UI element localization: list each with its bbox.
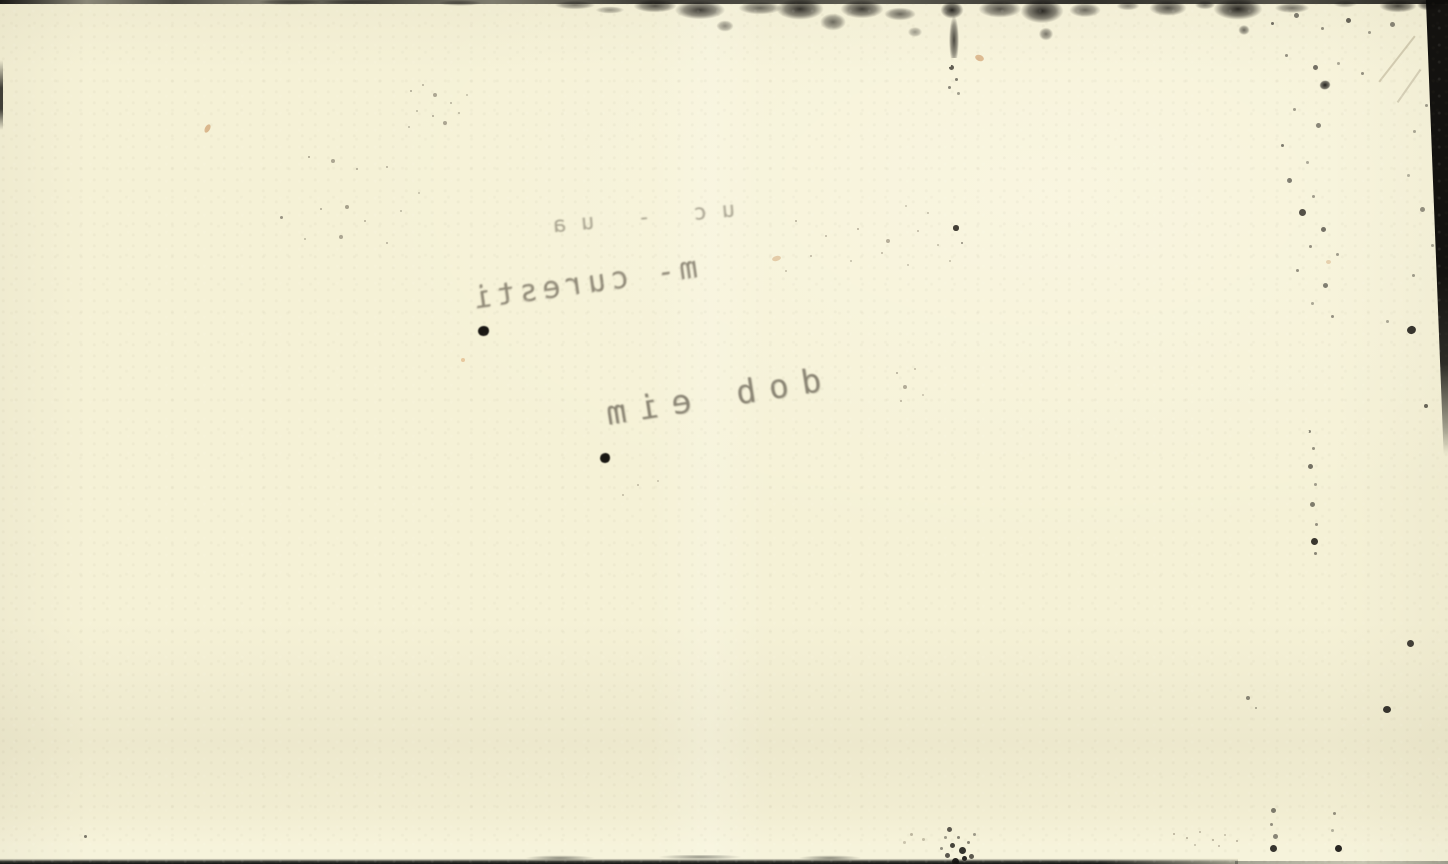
ink-transfer-fragment-lower: dob eim xyxy=(590,360,823,435)
ink-speckles-drip-tail xyxy=(948,64,951,67)
ink-speckles-paren-mark xyxy=(896,366,898,368)
rust-stain-3 xyxy=(1326,260,1331,264)
ink-speckles-center-right xyxy=(765,200,767,202)
ink-blob-right xyxy=(1317,78,1333,93)
rust-stain-2 xyxy=(772,255,782,262)
scan-edge-bottom-fade xyxy=(1100,858,1240,864)
ink-speckles-bottom-faint xyxy=(1173,828,1175,830)
ink-transfer-text-lower: dob eim xyxy=(590,360,823,435)
ink-blob-right-edge-3 xyxy=(1407,640,1414,647)
ink-blob-right-edge-5 xyxy=(1246,696,1250,700)
ink-transfer-fragment-main: m- curesti xyxy=(467,250,700,317)
top-ink-smudge-band xyxy=(240,0,1448,58)
ink-speckles-bottom-column-2 xyxy=(1330,798,1333,801)
ink-dot-lower xyxy=(600,453,610,463)
ink-speckles-upper-left-1 xyxy=(300,150,302,152)
scratch-mark-1 xyxy=(1378,36,1415,83)
scan-edge-left-mark xyxy=(0,60,3,130)
rust-stain-4 xyxy=(461,358,465,362)
scan-edge-top xyxy=(0,0,1448,4)
ink-dot-upper xyxy=(478,326,489,336)
ink-dot-mid-left xyxy=(280,216,283,219)
ink-transfer-text-main: m- curesti xyxy=(467,250,700,317)
rust-stain-1 xyxy=(203,123,212,133)
ink-speckles-bottom-center xyxy=(936,824,939,827)
ink-speckles-bottom-column-1 xyxy=(1268,796,1271,799)
ink-speckles-under-text xyxy=(612,472,614,474)
ink-blob-right-edge-2 xyxy=(1424,404,1428,408)
ink-blob-right-edge-1 xyxy=(1406,325,1417,335)
paper-grain xyxy=(0,0,1448,864)
scan-edge-right xyxy=(1424,0,1448,455)
ink-blob-right-edge-4 xyxy=(1383,706,1391,713)
ink-speckles-right-side xyxy=(1265,12,1268,15)
ink-speckles-upper-left-2 xyxy=(406,82,408,84)
ink-transfer-text-top: uc - ua xyxy=(537,197,736,239)
paper-shading xyxy=(0,0,1448,864)
ink-speckles-vertical-line xyxy=(1306,430,1309,433)
ink-transfer-fragment-top: uc - ua xyxy=(537,197,736,239)
scanned-postcard-back: uc - ua m- curesti dob eim xyxy=(0,0,1448,864)
scratch-mark-2 xyxy=(1397,69,1422,103)
scan-edge-bottom xyxy=(0,855,1238,864)
rust-stain-5 xyxy=(974,54,985,63)
ink-dot-bottom-left xyxy=(84,835,87,838)
